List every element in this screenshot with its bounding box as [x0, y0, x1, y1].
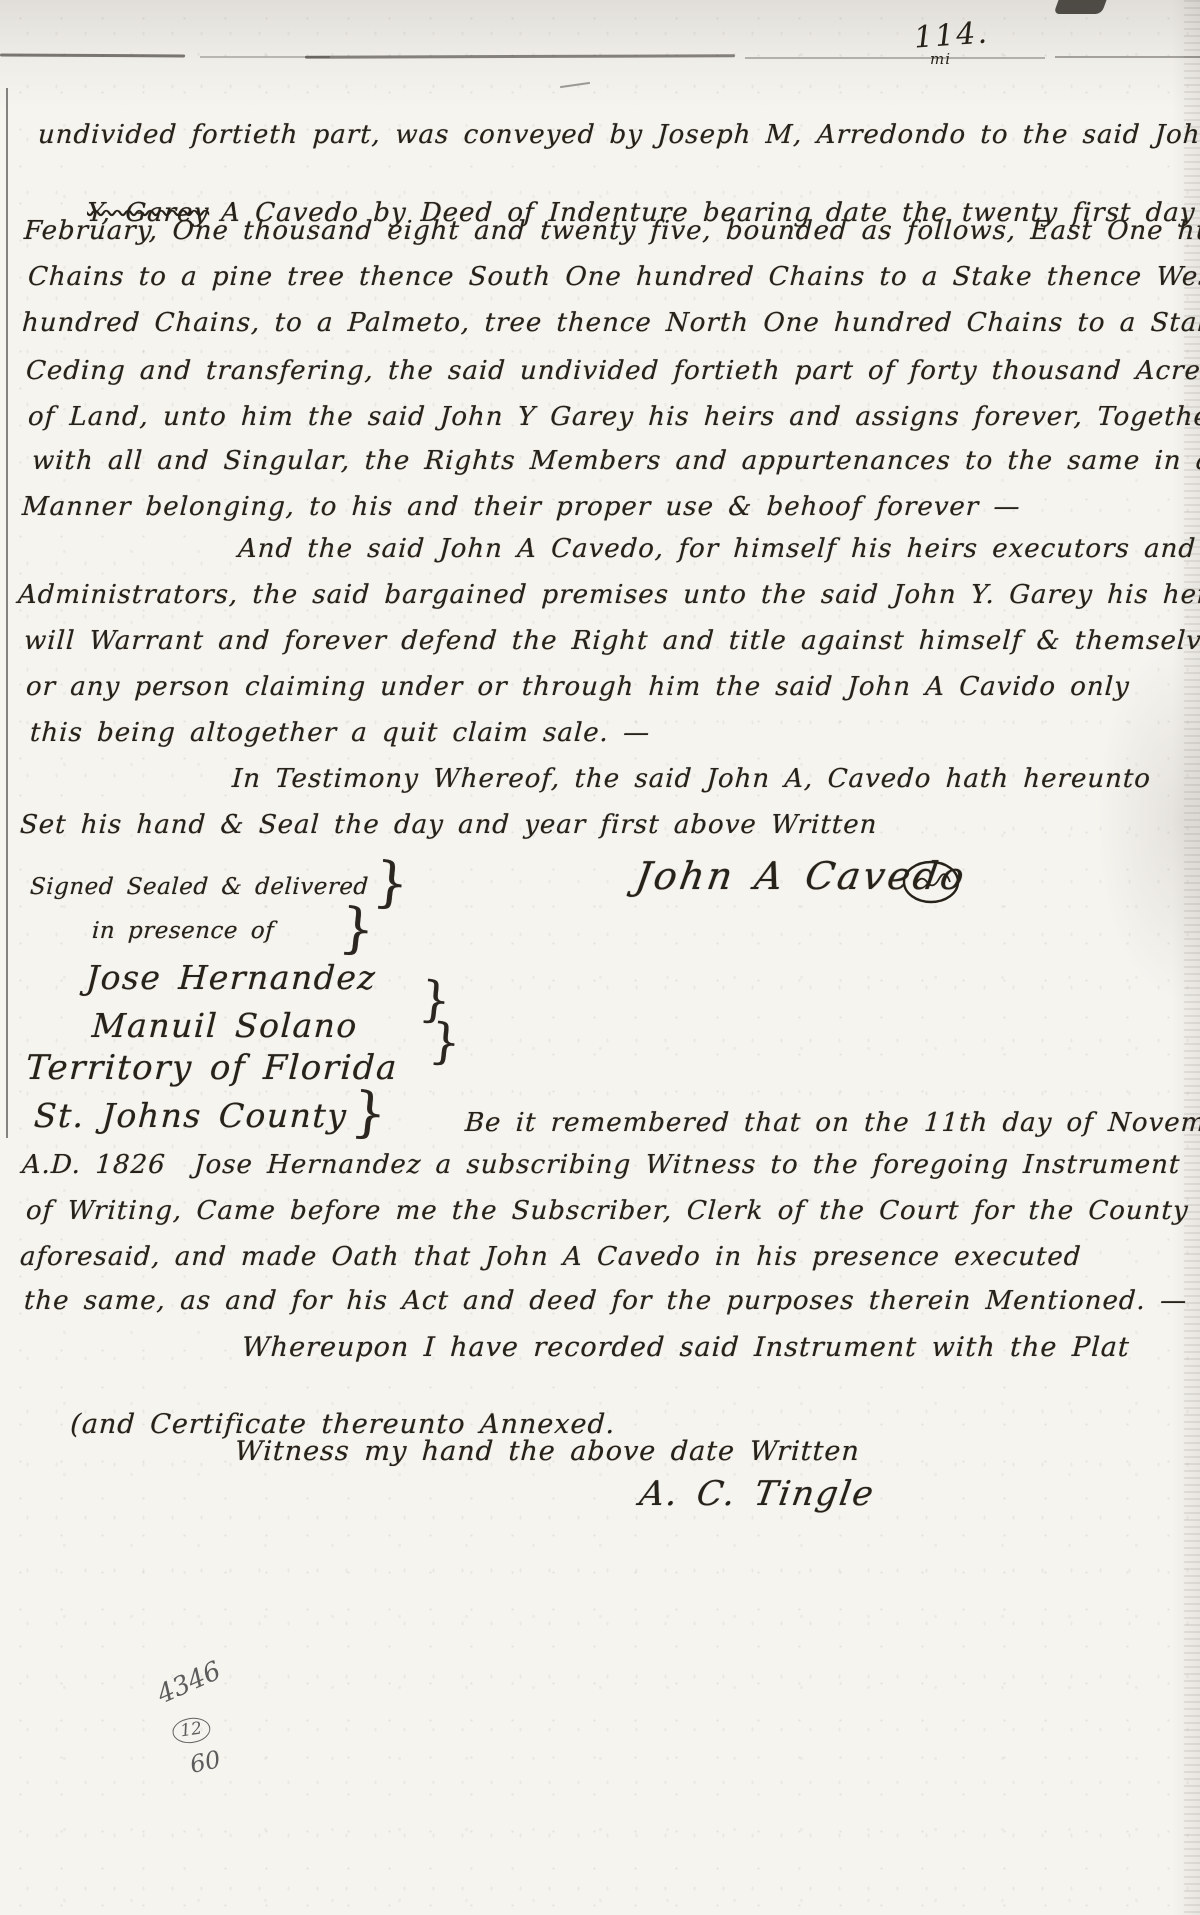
scan-streak-top	[1055, 56, 1200, 58]
deed-line: will Warrant and forever defend the Righ…	[23, 626, 1200, 656]
deed-line: Ceding and transfering, the said undivid…	[25, 356, 1200, 386]
document-page: 114. mi undivided fortieth part, was con…	[0, 0, 1200, 1915]
acknowledgment-line: aforesaid, and made Oath that John A Cav…	[19, 1242, 1082, 1272]
deed-line: Chains to a pine tree thence South One h…	[27, 262, 1200, 292]
acknowledgment-line: of Writing, Came before me the Subscribe…	[25, 1196, 1189, 1226]
deed-line: undivided fortieth part, was conveyed by…	[37, 120, 1200, 150]
seal-icon	[900, 858, 962, 910]
acknowledgment-line: A.D. 1826 Jose Hernandez a subscribing W…	[21, 1150, 1181, 1180]
acknowledgment-line: Be it remembered that on the 11th day of…	[464, 1108, 1200, 1138]
scan-streak-top	[200, 56, 330, 58]
attestation-line: Signed Sealed & delivered	[29, 874, 369, 900]
brace-icon: }	[371, 854, 411, 911]
deed-line: Administrators, the said bargained premi…	[17, 580, 1200, 610]
scan-tick	[560, 82, 590, 88]
deed-line: or any person claiming under or through …	[25, 672, 1130, 702]
territory-heading: Territory of Florida	[25, 1048, 399, 1088]
scan-line-left	[6, 88, 8, 1138]
county-heading: St. Johns County	[33, 1096, 348, 1135]
clerk-signature: A. C. Tingle	[637, 1474, 878, 1514]
acknowledgment-line: the same, as and for his Act and deed fo…	[23, 1286, 1188, 1316]
pencil-annotation: 60	[187, 1745, 223, 1779]
scan-blot-top-right	[1053, 0, 1106, 14]
acknowledgment-line: Whereupon I have recorded said Instrumen…	[241, 1332, 1130, 1363]
brace-icon: }	[337, 900, 377, 957]
acknowledgment-line: Witness my hand the above date Written	[234, 1436, 860, 1467]
deed-line: Set his hand & Seal the day and year fir…	[19, 810, 878, 840]
deed-line: In Testimony Whereof, the said John A, C…	[231, 764, 1152, 794]
scan-streak-top	[305, 54, 735, 59]
brace-icon: }	[428, 1017, 463, 1068]
pencil-circle: 12	[171, 1715, 212, 1745]
scan-streak-top	[0, 54, 185, 58]
deed-line: of Land, unto him the said John Y Garey …	[27, 402, 1200, 432]
pencil-annotation: 4346	[153, 1656, 226, 1710]
brace-icon: }	[349, 1084, 389, 1141]
deed-line: with all and Singular, the Rights Member…	[31, 446, 1200, 476]
page-number-flourish: mi	[930, 50, 951, 68]
scan-streak-top	[745, 57, 1045, 59]
witness-name: Manuil Solano	[91, 1006, 359, 1045]
page-number: 114.	[913, 15, 990, 55]
deed-line: this being altogether a quit claim sale.…	[29, 718, 651, 748]
deed-line: And the said John A Cavedo, for himself …	[237, 534, 1197, 564]
attestation-line: in presence of	[91, 918, 275, 944]
deed-line: February, One thousand eight and twenty …	[23, 216, 1200, 246]
deed-line: hundred Chains, to a Palmeto, tree thenc…	[21, 308, 1200, 338]
deed-line: Manner belonging, to his and their prope…	[21, 492, 1021, 522]
pencil-annotation-circled: 12	[170, 1710, 212, 1746]
witness-name: Jose Hernandez	[85, 958, 377, 997]
